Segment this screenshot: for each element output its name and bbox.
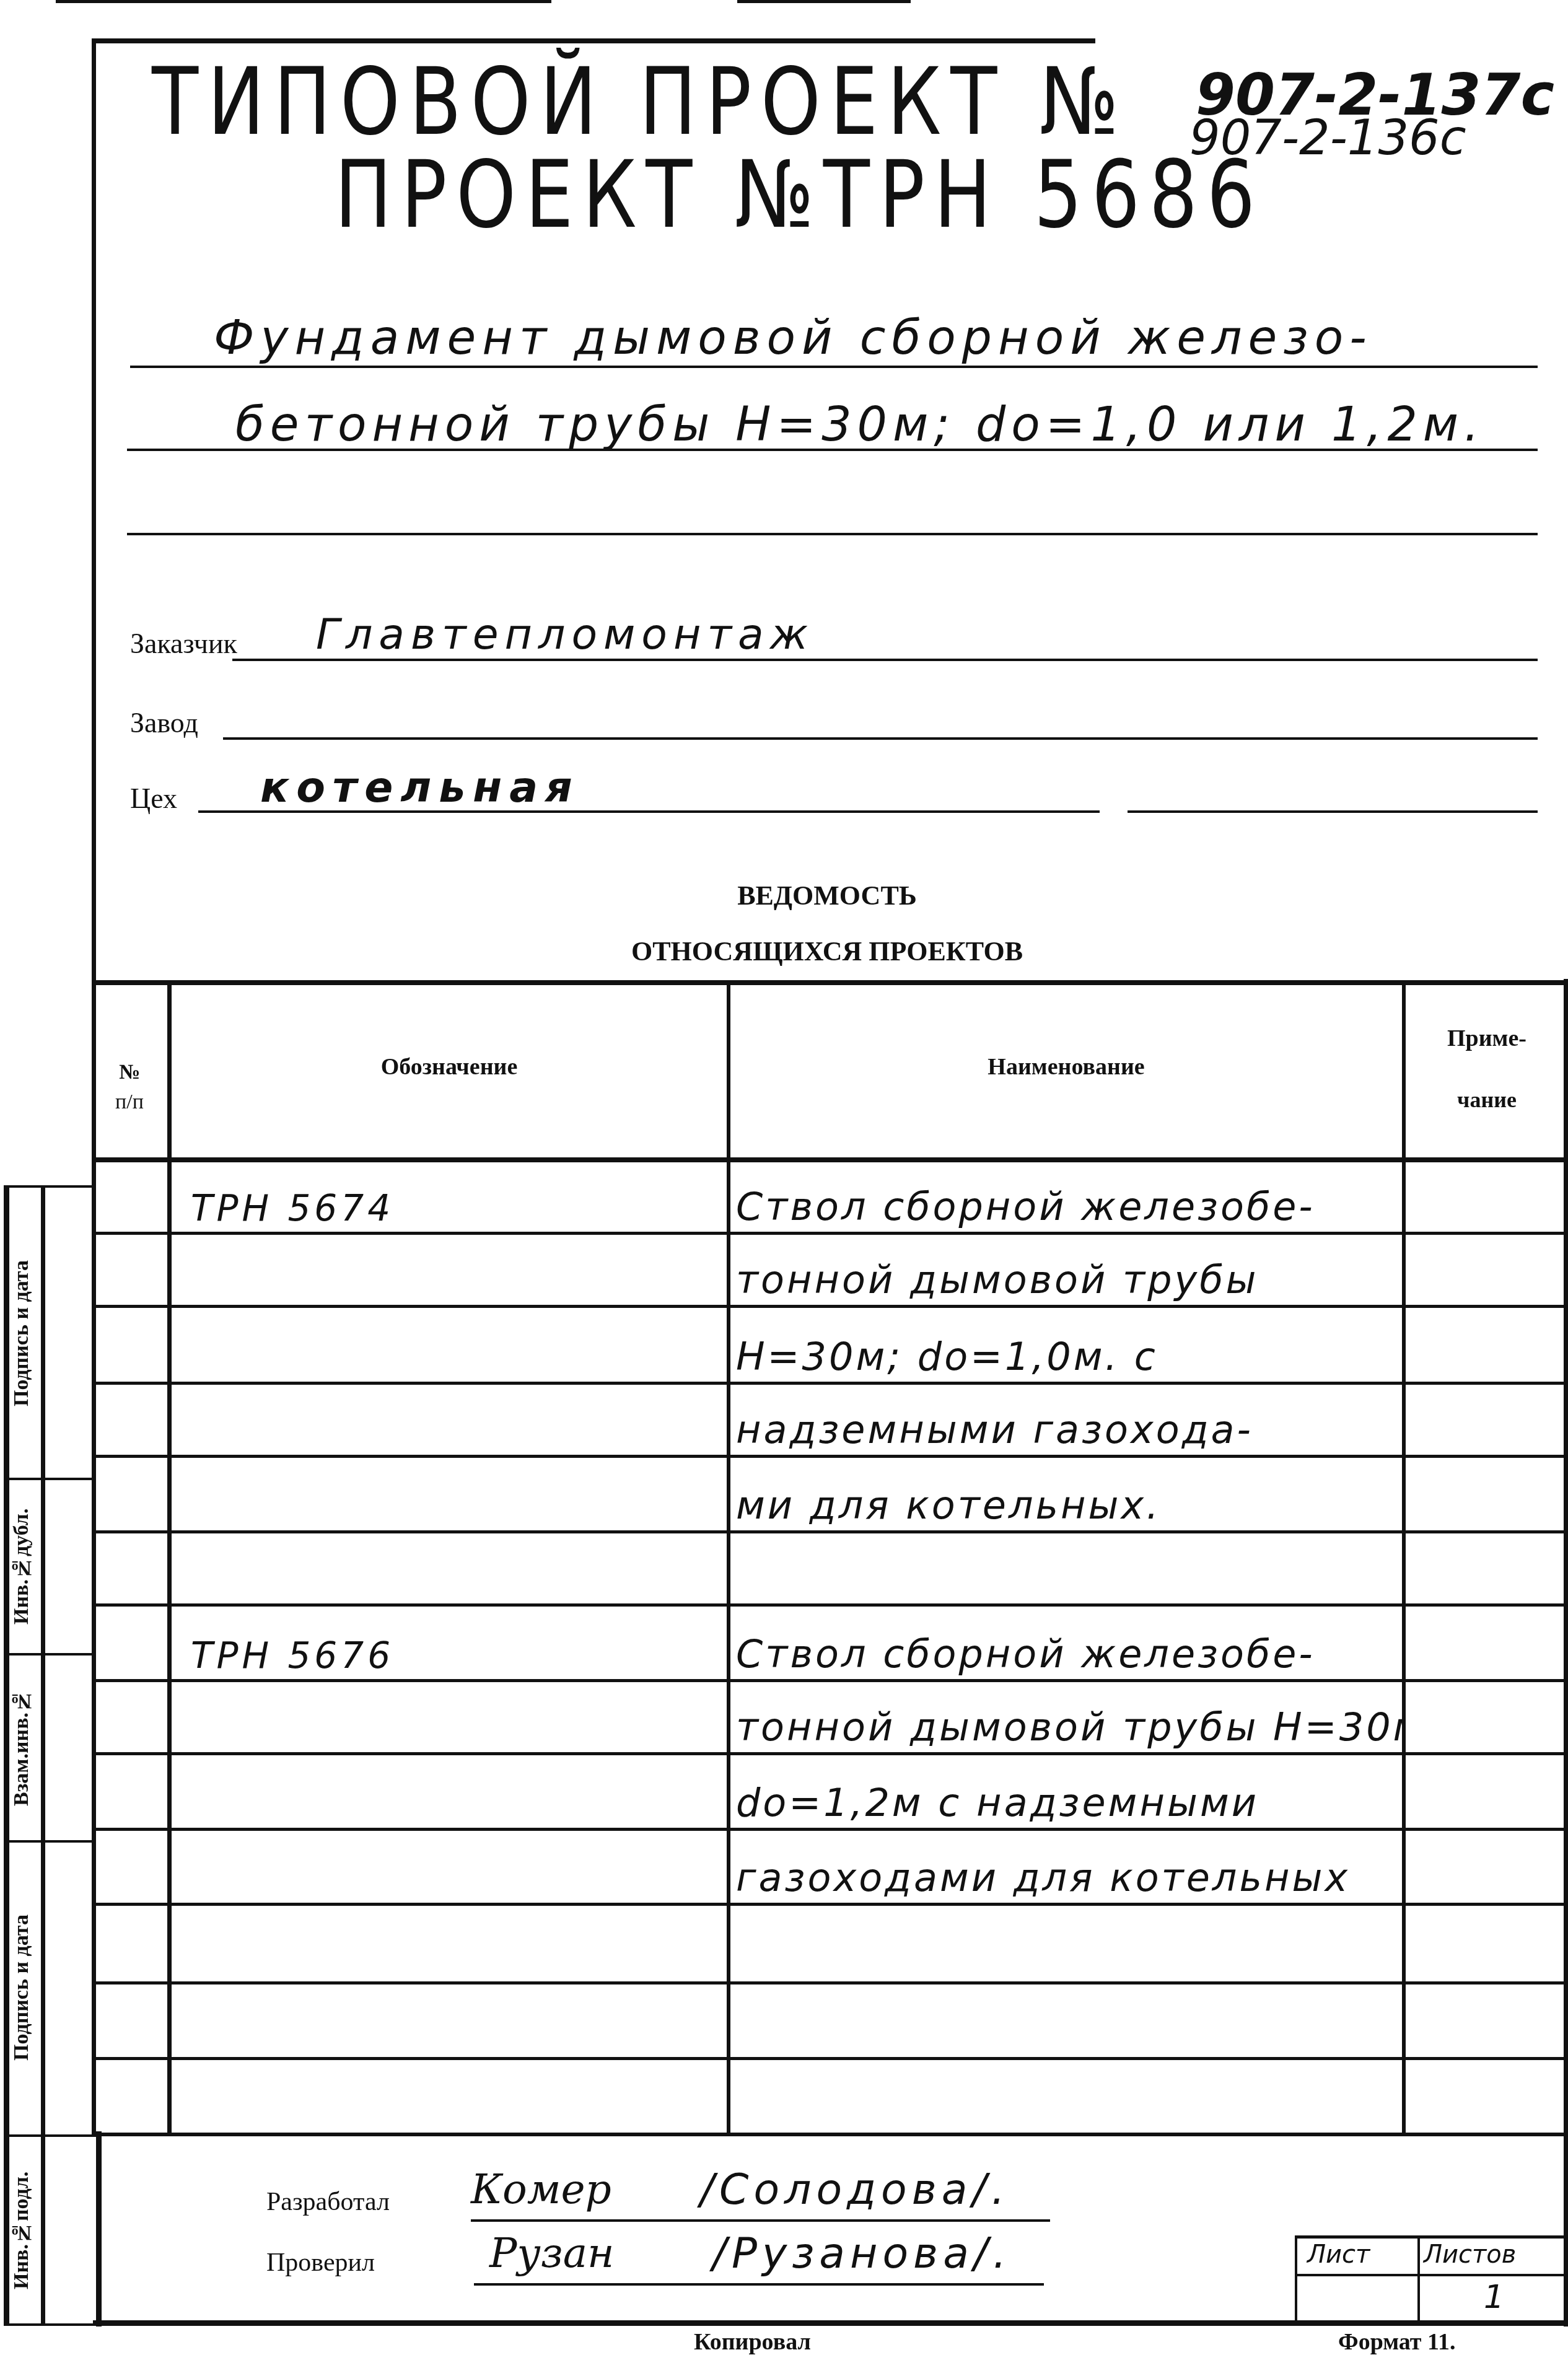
developed-label: Разработал <box>266 2187 390 2217</box>
row-name: тонной дымовой трубы H=30м <box>736 1704 1402 1750</box>
side-stamp: Подпись и дата Инв.№дубл. Взам.инв.№ Под… <box>0 0 99 2355</box>
frame-bottom-border <box>93 2320 1568 2326</box>
checked-underline <box>474 2283 1044 2286</box>
top-edge-fragment-right <box>737 0 911 3</box>
table-row: надземными газохода- <box>92 1383 1568 1456</box>
table-row: газоходами для котельных <box>92 1829 1568 1904</box>
side-stamp-sep-5 <box>4 2323 97 2326</box>
side-stamp-sep-0 <box>4 1185 94 1188</box>
plant-underline <box>223 737 1538 740</box>
sheet-box: Лист Листов 1 <box>1295 2235 1568 2322</box>
side-stamp-original-inventory: Инв.№подл. <box>10 2139 40 2322</box>
row-name: Ствол сборной железобе- <box>736 1184 1402 1229</box>
table-body: ТРН 5674Ствол сборной железобе-тонной ды… <box>92 1159 1568 2136</box>
workshop-value: котельная <box>260 763 580 812</box>
side-stamp-signature-date-1: Подпись и дата <box>10 1193 40 1475</box>
table-row: ТРН 5676Ствол сборной железобе- <box>92 1605 1568 1680</box>
workshop-underline-right <box>1128 810 1538 813</box>
side-stamp-inner-divider <box>41 1185 45 2325</box>
side-stamp-signature-date-2: Подпись и дата <box>10 1845 40 2130</box>
checked-name: /Рузанова/. <box>712 2229 1011 2278</box>
table-row: H=30м; do=1,0м. с <box>92 1306 1568 1383</box>
sheet-label: Лист <box>1307 2240 1370 2269</box>
table-bottom-border <box>92 2133 1568 2136</box>
row-name: тонной дымовой трубы <box>736 1257 1402 1302</box>
side-stamp-dup-inventory: Инв.№дубл. <box>10 1482 40 1651</box>
header-num-line2: п/п <box>92 1090 167 1114</box>
description-underline-2 <box>127 449 1538 451</box>
table-row <box>92 1983 1568 2058</box>
statement-title: ВЕДОМОСТЬ <box>0 880 1568 911</box>
title-prefix: ТИПОВОЙ ПРОЕКТ № <box>152 48 1128 156</box>
header-designation: Обозначение <box>172 1053 727 1081</box>
header-name: Наименование <box>730 1053 1402 1081</box>
sheet-box-top <box>1295 2235 1568 2239</box>
side-stamp-sep-1 <box>4 1478 94 1480</box>
side-stamp-replacement-inventory: Взам.инв.№ <box>10 1657 40 1838</box>
sheet-box-divider <box>1417 2235 1420 2322</box>
customer-underline <box>232 659 1538 661</box>
description-underline-3 <box>127 533 1538 535</box>
header-num-line1: № <box>92 1061 167 1084</box>
row-name: H=30м; do=1,0м. с <box>736 1334 1402 1379</box>
side-stamp-sep-4 <box>4 2134 97 2137</box>
row-name: надземными газохода- <box>736 1407 1402 1452</box>
sheet-box-mid <box>1295 2274 1568 2276</box>
sheet-box-left <box>1295 2235 1297 2322</box>
format-label: Формат 11. <box>1338 2328 1455 2355</box>
table-row <box>92 2058 1568 2134</box>
row-name: Ствол сборной железобе- <box>736 1631 1402 1677</box>
checked-signature: Рузан <box>489 2229 615 2277</box>
side-stamp-sep-2 <box>4 1653 94 1656</box>
plant-label: Завод <box>130 706 198 739</box>
description-underline-1 <box>130 366 1538 368</box>
table-row: do=1,2м с надземными <box>92 1753 1568 1829</box>
header-note-line2: чание <box>1406 1087 1568 1113</box>
related-projects-table: № п/п Обозначение Наименование Приме- ча… <box>92 980 1568 2136</box>
developed-underline <box>471 2219 1050 2222</box>
sheets-value: 1 <box>1484 2279 1504 2316</box>
frame-top-border <box>92 38 1095 43</box>
side-stamp-outer-left <box>4 1185 9 2325</box>
row-name: ми для котельных. <box>736 1483 1402 1528</box>
row-name: газоходами для котельных <box>736 1855 1402 1900</box>
table-top-border <box>92 980 1568 985</box>
copied-label: Копировал <box>694 2328 811 2355</box>
row-designation: ТРН 5676 <box>191 1634 724 1677</box>
table-row <box>92 1904 1568 1983</box>
table-row: ми для котельных. <box>92 1456 1568 1532</box>
description-line-1: Фундамент дымовой сборной железо- <box>214 310 1373 365</box>
header-note-line1: Приме- <box>1406 1025 1568 1052</box>
sheets-label: Листов <box>1424 2240 1516 2269</box>
table-row: тонной дымовой трубы H=30м <box>92 1680 1568 1753</box>
developed-name: /Солодова/. <box>700 2165 1010 2214</box>
table-row: тонной дымовой трубы <box>92 1233 1568 1306</box>
customer-label: Заказчик <box>130 627 237 660</box>
workshop-label: Цех <box>130 782 177 815</box>
table-row: ТРН 5674Ствол сборной железобе- <box>92 1159 1568 1233</box>
description-line-2: бетонной трубы H=30м; do=1,0 или 1,2м. <box>235 397 1484 452</box>
table-row <box>92 1532 1568 1605</box>
customer-value: Главтепломонтаж <box>316 610 814 659</box>
side-stamp-frame-lower <box>96 2131 102 2326</box>
workshop-underline-left <box>198 810 1100 813</box>
title-line-2: ПРОЕКТ №ТРН 5686 <box>335 141 1468 249</box>
statement-subtitle: ОТНОСЯЩИХСЯ ПРОЕКТОВ <box>0 936 1568 967</box>
developed-signature: Комер <box>471 2165 611 2213</box>
title-line-1: ТИПОВОЙ ПРОЕКТ № <box>152 48 1342 156</box>
row-name: do=1,2м с надземными <box>736 1780 1402 1825</box>
row-designation: ТРН 5674 <box>191 1187 724 1229</box>
checked-label: Проверил <box>266 2248 375 2278</box>
side-stamp-sep-3 <box>4 1840 94 1843</box>
project-number-title: ПРОЕКТ №ТРН 5686 <box>335 141 1264 249</box>
top-edge-fragment-left <box>56 0 551 3</box>
